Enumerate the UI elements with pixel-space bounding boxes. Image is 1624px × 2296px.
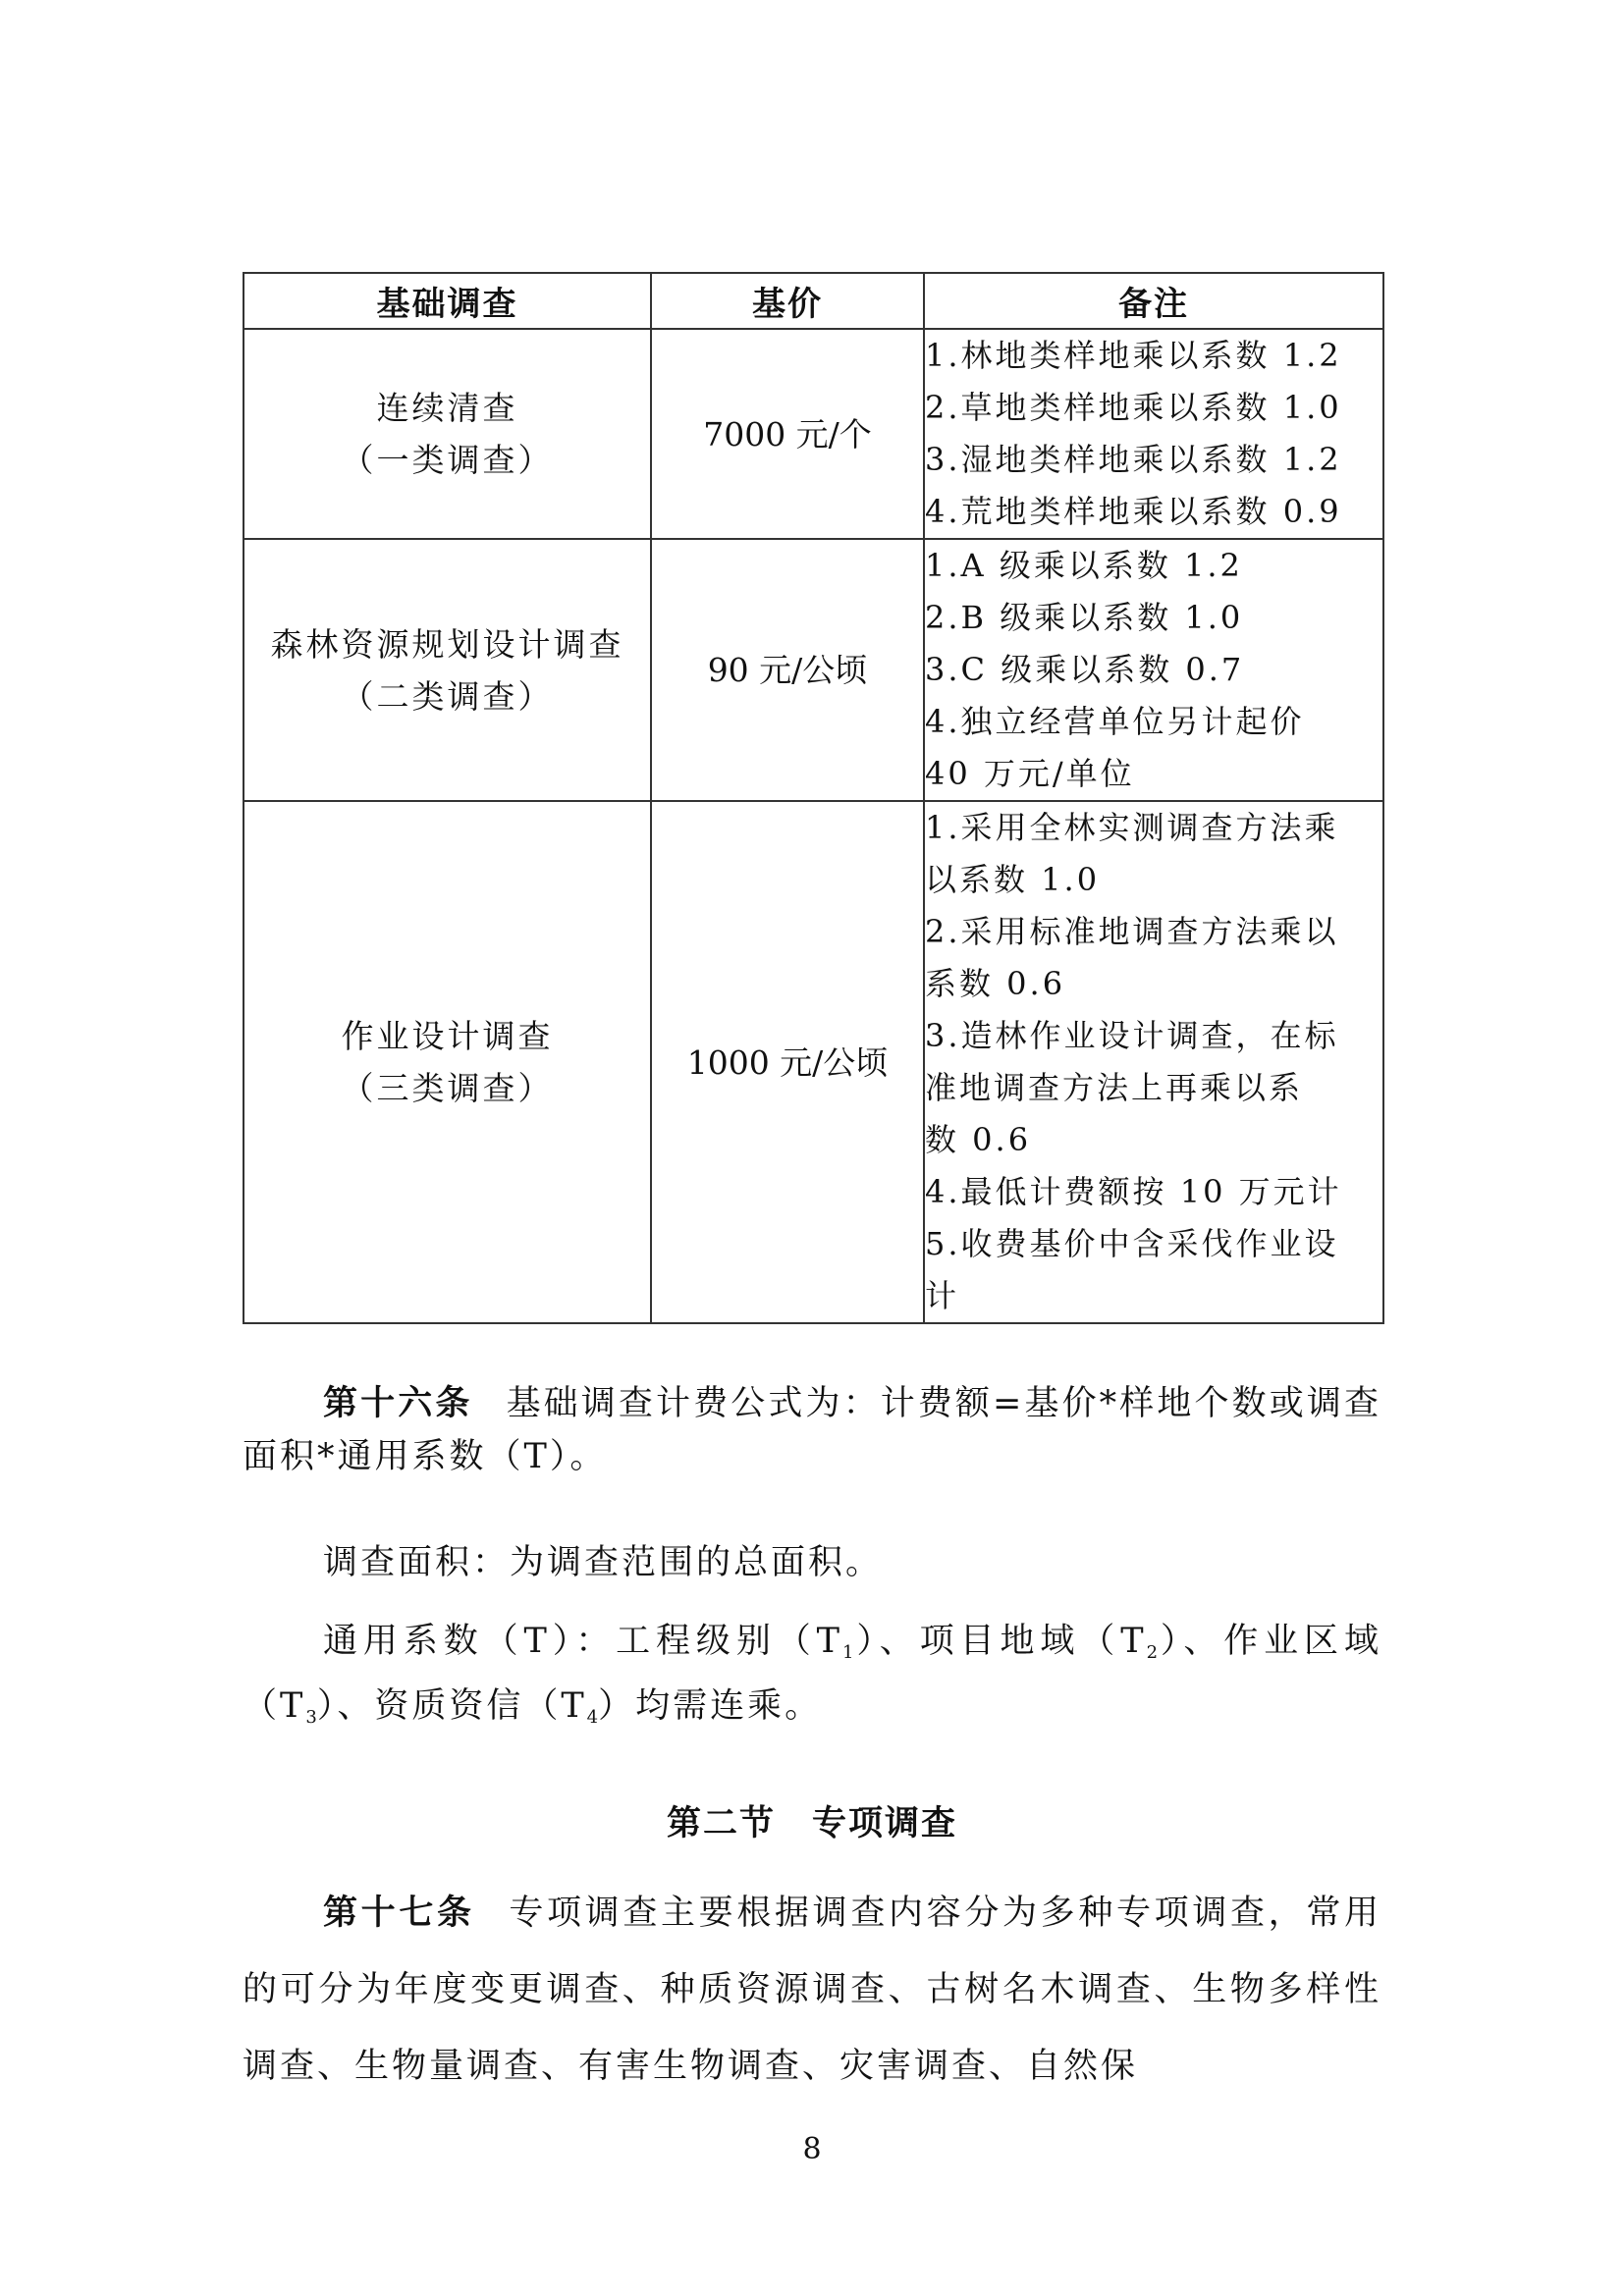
section-heading: 第二节 专项调查 [243,1796,1381,1845]
survey-type-cell: 森林资源规划设计调查 （二类调查） [244,539,651,801]
remark-line: 3.湿地类样地乘以系数 1.2 [925,434,1382,486]
table-header-row: 基础调查 基价 备注 [244,273,1383,329]
base-price-cell: 1000 元/公顷 [651,801,924,1323]
remark-line: 2.采用标准地调查方法乘以 [925,906,1382,958]
coefficient-text: 通用系数（T）：工程级别（T [323,1622,842,1661]
table-row: 作业设计调查 （三类调查） 1000 元/公顷 1.采用全林实测调查方法乘 以系… [244,801,1383,1323]
coefficient-text: ）、项目地域（T [853,1622,1146,1661]
base-price-cell: 90 元/公顷 [651,539,924,801]
remark-line: 3.C 级乘以系数 0.7 [925,644,1382,696]
document-page: 基础调查 基价 备注 连续清查 （一类调查） 7000 元/个 1.林地类样地乘… [0,0,1624,2296]
remark-line: 3.造林作业设计调查，在标 [925,1010,1382,1062]
survey-type-cell: 作业设计调查 （三类调查） [244,801,651,1323]
article-17-lead: 第十七条 [323,1894,475,1933]
remark-line: 2.草地类样地乘以系数 1.0 [925,382,1382,434]
remark-line: 准地调查方法上再乘以系 [925,1062,1382,1114]
t2-subscript: 2 [1147,1642,1158,1663]
article-16-lead: 第十六条 [323,1384,472,1423]
t1-subscript: 1 [842,1642,853,1663]
header-remarks: 备注 [924,273,1383,329]
remark-line: 2.B 级乘以系数 1.0 [925,592,1382,644]
survey-type-name: 作业设计调查 [244,1010,650,1062]
remark-line: 4.独立经营单位另计起价 [925,696,1382,748]
header-survey-type: 基础调查 [244,273,651,329]
basic-survey-fee-table: 基础调查 基价 备注 连续清查 （一类调查） 7000 元/个 1.林地类样地乘… [243,272,1384,1324]
survey-type-subtitle: （二类调查） [244,670,650,722]
remark-line: 1.林地类样地乘以系数 1.2 [925,330,1382,382]
remark-line: 4.最低计费额按 10 万元计 [925,1166,1382,1218]
remark-line: 数 0.6 [925,1114,1382,1166]
page-number: 8 [0,2132,1624,2166]
table-row: 森林资源规划设计调查 （二类调查） 90 元/公顷 1.A 级乘以系数 1.2 … [244,539,1383,801]
remarks-cell: 1.林地类样地乘以系数 1.2 2.草地类样地乘以系数 1.0 3.湿地类样地乘… [924,329,1383,539]
table-row: 连续清查 （一类调查） 7000 元/个 1.林地类样地乘以系数 1.2 2.草… [244,329,1383,539]
survey-type-subtitle: （三类调查） [244,1062,650,1114]
remark-line: 以系数 1.0 [925,854,1382,906]
coefficient-text: ）、资质资信（T [317,1686,587,1726]
t3-subscript: 3 [305,1707,316,1728]
survey-type-subtitle: （一类调查） [244,434,650,486]
survey-area-paragraph: 调查面积：为调查范围的总面积。 [243,1536,1381,1589]
remark-line: 1.采用全林实测调查方法乘 [925,802,1382,854]
t4-subscript: 4 [587,1707,598,1728]
survey-type-name: 连续清查 [244,382,650,434]
remark-line: 5.收费基价中含采伐作业设 [925,1218,1382,1270]
article-16-paragraph: 第十六条基础调查计费公式为：计费额=基价*样地个数或调查面积*通用系数（T）。 [243,1377,1381,1483]
header-base-price: 基价 [651,273,924,329]
survey-type-cell: 连续清查 （一类调查） [244,329,651,539]
coefficient-text: ）均需连乘。 [598,1686,822,1726]
remarks-cell: 1.采用全林实测调查方法乘 以系数 1.0 2.采用标准地调查方法乘以 系数 0… [924,801,1383,1323]
remark-line: 计 [925,1270,1382,1322]
article-17-paragraph: 第十七条专项调查主要根据调查内容分为多种专项调查，常用的可分为年度变更调查、种质… [243,1875,1381,2105]
survey-type-name: 森林资源规划设计调查 [244,618,650,670]
remark-line: 系数 0.6 [925,958,1382,1010]
base-price-cell: 7000 元/个 [651,329,924,539]
remark-line: 1.A 级乘以系数 1.2 [925,540,1382,592]
general-coefficient-paragraph: 通用系数（T）：工程级别（T1）、项目地域（T2）、作业区域（T3）、资质资信（… [243,1615,1381,1744]
remark-line: 40 万元/单位 [925,748,1382,800]
remarks-cell: 1.A 级乘以系数 1.2 2.B 级乘以系数 1.0 3.C 级乘以系数 0.… [924,539,1383,801]
remark-line: 4.荒地类样地乘以系数 0.9 [925,486,1382,538]
